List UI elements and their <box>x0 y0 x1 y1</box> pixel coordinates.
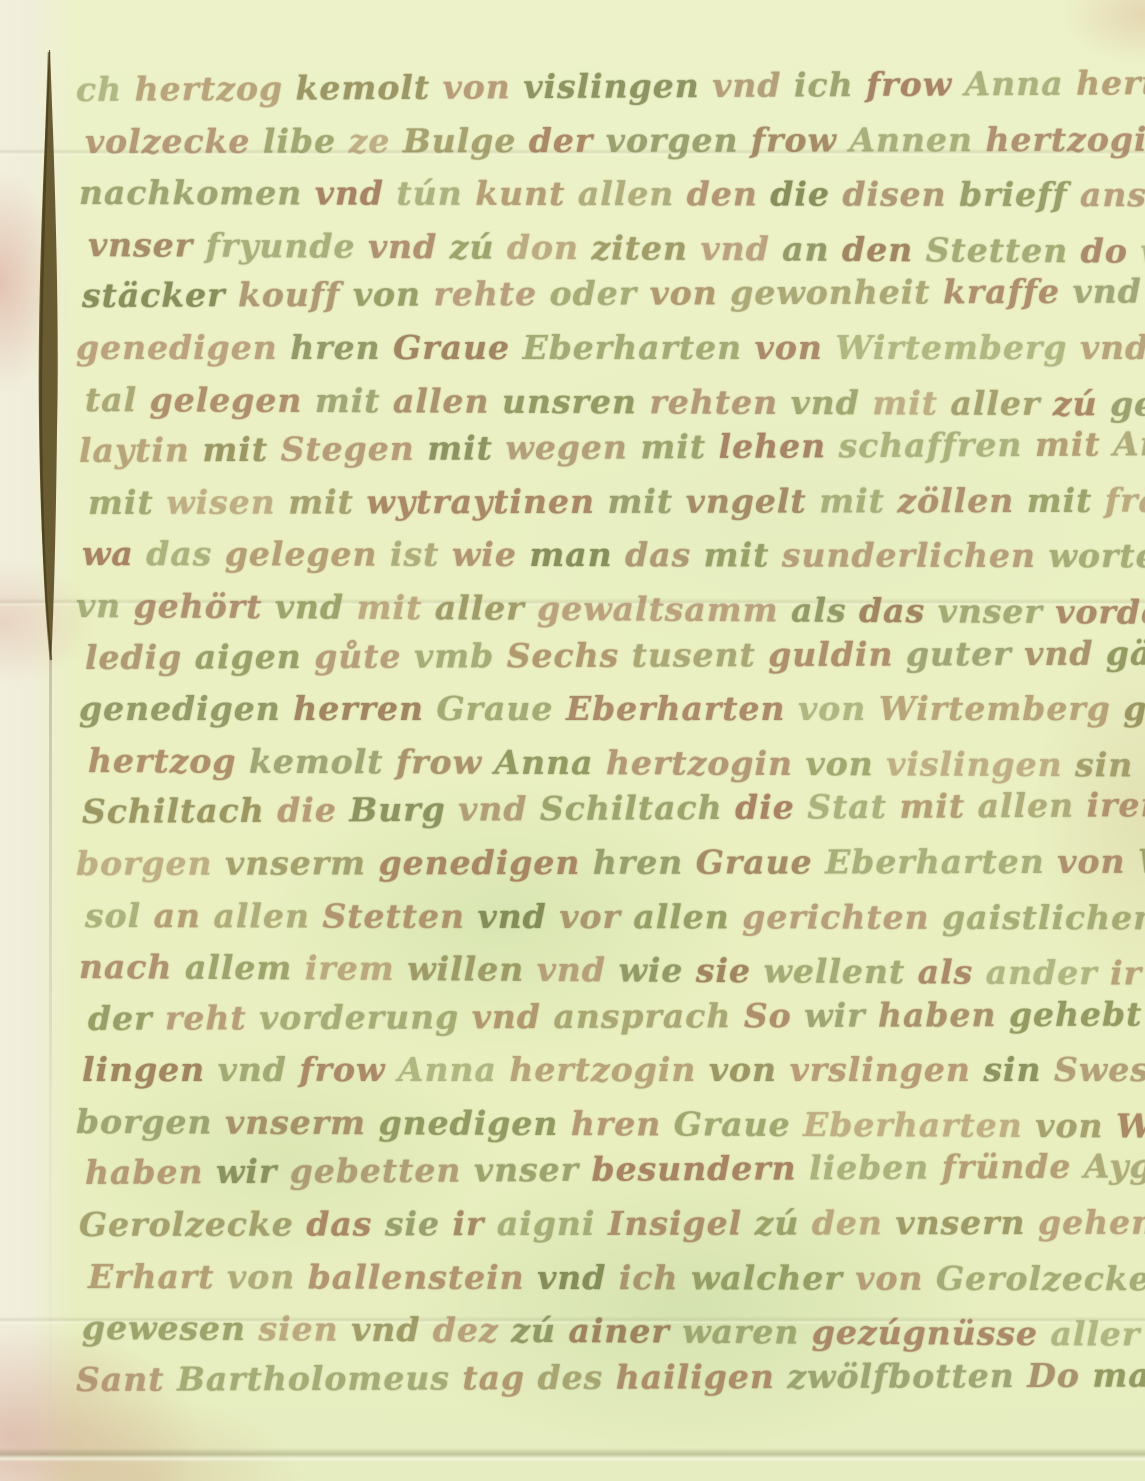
manuscript-word: vordern <box>1055 592 1145 632</box>
manuscript-word: zöllen <box>897 481 1014 520</box>
manuscript-word: gewonheit <box>730 273 930 313</box>
manuscript-word: haben <box>878 995 997 1034</box>
manuscript-word: guter <box>906 634 1012 673</box>
manuscript-word: Anna <box>964 64 1063 104</box>
manuscript-word: kouff <box>238 275 340 314</box>
manuscript-word: das <box>146 534 212 573</box>
manuscript-word: wellent <box>763 951 905 991</box>
manuscript-line: der reht vorderung vnd ansprach So wir h… <box>76 988 1145 1044</box>
manuscript-word: vnd <box>275 587 344 626</box>
manuscript-word: Stegen <box>280 429 414 469</box>
manuscript-word: Eberharten <box>803 1105 1023 1145</box>
manuscript-word: fryunde <box>206 226 356 266</box>
manuscript-word: hertzog <box>88 741 237 781</box>
manuscript-word: gnedigen <box>379 1103 559 1143</box>
manuscript-word: vnd <box>368 227 437 266</box>
manuscript-line: borgen vnserm genedigen hren Graue Eberh… <box>76 836 1145 890</box>
manuscript-word: lingen <box>82 1050 205 1089</box>
manuscript-word: ziten <box>591 228 688 268</box>
manuscript-word: mit <box>704 536 770 575</box>
manuscript-word: das <box>625 535 691 574</box>
manuscript-word: allen <box>977 786 1074 826</box>
manuscript-word: ballenstein <box>308 1257 525 1296</box>
manuscript-word: vislingen <box>886 744 1063 784</box>
manuscript-word: hertzogin <box>985 119 1145 158</box>
manuscript-word: vorgen <box>606 120 739 159</box>
manuscript-word: der <box>88 998 153 1037</box>
manuscript-word: mit <box>315 381 381 420</box>
manuscript-word: tusent <box>632 635 756 675</box>
manuscript-word: Graue <box>696 842 813 881</box>
manuscript-line: ledig aigen gůte vmb Sechs tusent guldin… <box>76 627 1145 683</box>
manuscript-word: vrslingen <box>790 1050 971 1089</box>
manuscript-word: aller <box>1050 1314 1140 1354</box>
manuscript-line: genedigen hren Graue Eberharten von Wirt… <box>76 322 1145 374</box>
manuscript-word: vnd <box>1080 328 1145 367</box>
manuscript-word: wa <box>82 534 134 573</box>
manuscript-word: den <box>687 174 758 213</box>
manuscript-word: Aygelwarten <box>1084 1146 1145 1186</box>
manuscript-word: mit <box>88 483 154 522</box>
manuscript-line: Gerolzecke das sie ir aigni Insigel zú d… <box>76 1197 1145 1251</box>
manuscript-word: gůte <box>314 636 401 675</box>
manuscript-word: vnd <box>712 66 781 105</box>
manuscript-word: mit <box>1035 425 1101 464</box>
manuscript-word: Insigel <box>608 1204 742 1243</box>
manuscript-word: walcher <box>691 1258 843 1297</box>
manuscript-word: mit <box>288 482 354 521</box>
manuscript-word: hren <box>290 328 380 367</box>
manuscript-word: frow <box>396 742 482 781</box>
manuscript-line: laytin mit Stegen mit wegen mit lehen sc… <box>76 418 1145 476</box>
manuscript-word: sien <box>258 1309 338 1349</box>
manuscript-word: von <box>442 67 510 106</box>
manuscript-word: haben <box>85 1153 204 1193</box>
manuscript-word: zú <box>755 1204 800 1243</box>
manuscript-word: die <box>277 791 337 830</box>
manuscript-word: fränckln <box>1105 480 1145 519</box>
manuscript-word: Eberharten <box>825 842 1045 881</box>
manuscript-word: guldin <box>768 634 893 674</box>
manuscript-word: nachkomen <box>79 173 302 212</box>
manuscript-line: wa das gelegen ist wie man das mit sunde… <box>76 528 1145 582</box>
manuscript-word: vnd <box>700 229 769 268</box>
manuscript-word: das <box>306 1204 372 1243</box>
manuscript-word: gebetten <box>290 1151 462 1191</box>
manuscript-word: ch <box>76 70 122 109</box>
manuscript-word: vor <box>559 897 621 936</box>
manuscript-word: ansenhent <box>1080 175 1145 214</box>
manuscript-word: vnd <box>790 383 859 422</box>
manuscript-word: gewert <box>1123 689 1145 728</box>
manuscript-word: wie <box>618 951 683 990</box>
manuscript-word: die <box>735 788 795 827</box>
manuscript-word: die <box>770 175 830 214</box>
manuscript-word: Bartholomeus <box>177 1358 450 1398</box>
manuscript-word: hertzogin <box>509 1050 696 1089</box>
vertical-crease <box>49 640 52 1460</box>
manuscript-word: waren <box>682 1312 799 1352</box>
manuscript-word: Sant <box>76 1359 165 1398</box>
manuscript-word: Graue <box>436 689 553 728</box>
manuscript-word: ander <box>986 953 1098 993</box>
manuscript-word: gäber <box>1106 633 1145 672</box>
manuscript-word: ich <box>794 65 854 104</box>
manuscript-word: sin <box>983 1050 1041 1089</box>
manuscript-word: der <box>529 121 594 160</box>
manuscript-word: sin <box>1075 745 1133 784</box>
manuscript-word: vnd <box>458 789 527 828</box>
manuscript-word: wegen <box>505 428 628 468</box>
manuscript-word: Swester <box>1054 1050 1145 1089</box>
manuscript-word: do <box>1081 231 1128 270</box>
manuscript-word: zú <box>511 1311 556 1350</box>
manuscript-word: vnd <box>472 997 541 1036</box>
manuscript-word: borgen <box>76 844 213 883</box>
manuscript-word: laytin <box>79 430 190 470</box>
manuscript-word: Bulge <box>403 121 517 160</box>
manuscript-word: vnsern <box>895 1203 1025 1242</box>
manuscript-word: genedigen <box>379 843 581 882</box>
manuscript-word: hertzogin <box>1076 63 1145 103</box>
manuscript-word: Sechs <box>507 635 620 674</box>
manuscript-word: vngelt <box>686 481 807 520</box>
manuscript-text: ch hertzog kemolt von vislingen vnd ich … <box>76 64 1145 1405</box>
manuscript-line: Erhart von ballenstein vnd ich walcher v… <box>76 1251 1145 1305</box>
manuscript-line: nachkomen vnd tún kunt allen den die dis… <box>76 167 1145 221</box>
manuscript-word: volzecke <box>85 121 251 160</box>
manuscript-word: den <box>812 1203 883 1242</box>
manuscript-word: vnser <box>88 225 193 265</box>
manuscript-word: oder <box>550 274 638 313</box>
manuscript-word: Wirtemberg <box>1138 841 1145 880</box>
manuscript-word: gehenckt <box>1038 1203 1145 1242</box>
manuscript-word: als <box>918 952 974 991</box>
manuscript-word: Stat <box>807 787 887 827</box>
manuscript-word: vislingen <box>523 66 700 106</box>
manuscript-word: hren <box>593 843 683 882</box>
manuscript-word: vorderung <box>259 997 459 1037</box>
manuscript-line: lingen vnd frow Anna hertzogin von vrsli… <box>76 1044 1145 1096</box>
manuscript-word: Wirtemberg <box>835 328 1067 367</box>
manuscript-word: vnserm <box>225 1102 366 1142</box>
manuscript-line: stäcker kouff von rehte oder von gewonhe… <box>76 266 1145 322</box>
manuscript-word: Graue <box>393 328 510 367</box>
manuscript-word: mit <box>872 383 938 422</box>
manuscript-word: frow <box>751 120 837 159</box>
manuscript-word: vnser <box>474 1150 579 1190</box>
manuscript-word: wie <box>452 535 517 574</box>
manuscript-word: von <box>353 275 421 314</box>
manuscript-word: irem <box>305 949 395 989</box>
manuscript-word: unsren <box>502 381 637 421</box>
manuscript-word: des <box>538 1358 604 1397</box>
manuscript-word: Anna <box>494 742 593 781</box>
manuscript-word: wir <box>216 1152 278 1191</box>
manuscript-word: vnd <box>477 896 546 935</box>
manuscript-word: rehten <box>649 382 778 422</box>
manuscript-word: Anna <box>398 1050 497 1089</box>
manuscript-word: vnd <box>1024 633 1093 672</box>
manuscript-word: ainer <box>568 1311 670 1351</box>
manuscript-word: hailigen <box>616 1357 775 1397</box>
manuscript-word: gelegen <box>225 535 378 574</box>
manuscript-word: disen <box>842 175 946 214</box>
manuscript-word: gewaltsamm <box>537 589 779 630</box>
manuscript-word: den <box>842 230 913 269</box>
manuscript-word: So <box>744 996 792 1035</box>
manuscript-word: mit <box>427 429 493 468</box>
manuscript-word: dez <box>433 1310 499 1349</box>
manuscript-word: gehört <box>134 586 263 626</box>
manuscript-word: frow <box>866 64 952 104</box>
manuscript-word: von <box>650 274 718 313</box>
manuscript-word: mit <box>356 588 422 627</box>
manuscript-word: wytraytinen <box>366 482 595 521</box>
manuscript-word: ze <box>349 121 391 160</box>
manuscript-line: haben wir gebetten vnser besundern liebe… <box>76 1141 1145 1199</box>
manuscript-word: libe <box>263 121 336 160</box>
manuscript-word: sol <box>85 896 141 935</box>
manuscript-word: kraffe <box>943 272 1060 311</box>
manuscript-word: man <box>1092 1355 1145 1394</box>
manuscript-line: mit wisen mit wytraytinen mit vngelt mit… <box>76 475 1145 529</box>
manuscript-word: von <box>805 744 873 783</box>
manuscript-word: gerichten <box>742 897 929 936</box>
manuscript-word: genedigen <box>76 328 278 367</box>
manuscript-word: zú <box>1053 384 1098 423</box>
manuscript-word: vnd <box>351 1310 420 1349</box>
manuscript-line: genedigen herren Graue Eberharten von Wi… <box>76 683 1145 735</box>
manuscript-word: zú <box>450 227 495 266</box>
manuscript-word: allen <box>578 174 675 213</box>
manuscript-word: Burg <box>349 790 446 830</box>
manuscript-line: Sant Bartholomeus tag des hailigen zwölf… <box>76 1349 1145 1405</box>
manuscript-word: vnd <box>218 1050 287 1089</box>
manuscript-word: von <box>855 1258 923 1297</box>
manuscript-word: ansprach <box>553 996 731 1036</box>
manuscript-word: das <box>859 591 925 630</box>
manuscript-word: Gerolzecke <box>936 1258 1145 1297</box>
manuscript-word: kemolt <box>249 741 384 781</box>
manuscript-word: stäcker <box>82 276 226 316</box>
manuscript-word: mit <box>899 787 965 826</box>
manuscript-word: gaistlichen <box>942 897 1145 936</box>
manuscript-word: von <box>798 689 866 728</box>
manuscript-word: lieben <box>809 1148 929 1188</box>
manuscript-word: ledig <box>85 637 182 676</box>
manuscript-word: kemolt <box>295 68 430 108</box>
manuscript-word: mit <box>640 427 706 466</box>
manuscript-word: Stetten <box>322 896 465 935</box>
manuscript-word: hren <box>571 1104 662 1143</box>
manuscript-word: vnd <box>315 174 384 213</box>
manuscript-line: volzecke libe ze Bulge der vorgen frow A… <box>76 113 1145 167</box>
manuscript-line: ch hertzog kemolt von vislingen vnd ich … <box>76 57 1145 115</box>
manuscript-word: genedigen <box>79 689 281 728</box>
manuscript-word: tún <box>396 174 462 213</box>
manuscript-line: Schiltach die Burg vnd Schiltach die Sta… <box>76 780 1145 838</box>
manuscript-word: man <box>529 535 612 574</box>
manuscript-word: besundern <box>591 1149 796 1189</box>
fold-crease-plica <box>0 1448 1145 1462</box>
manuscript-word: Schiltach <box>82 791 265 831</box>
manuscript-word: kunt <box>475 174 565 213</box>
manuscript-word: schaffren <box>838 425 1022 465</box>
manuscript-line: sol an allen Stetten vnd vor allen geric… <box>76 890 1145 944</box>
manuscript-word: borgen <box>76 1102 213 1142</box>
manuscript-word: reht <box>165 998 247 1037</box>
manuscript-word: von <box>227 1257 295 1296</box>
manuscript-word: brieff <box>959 175 1067 214</box>
manuscript-word: lehen <box>718 426 826 466</box>
manuscript-word: vnd <box>537 950 606 989</box>
manuscript-word: zwölfbotten <box>787 1356 1015 1396</box>
manuscript-word: wir <box>804 995 866 1034</box>
manuscript-word: Gerolzecke <box>79 1205 294 1244</box>
manuscript-word: Schiltach <box>540 788 723 828</box>
manuscript-word: Do <box>1027 1356 1080 1395</box>
manuscript-word: nach <box>79 947 173 987</box>
manuscript-word: vnserm <box>225 843 366 882</box>
manuscript-word: tag <box>462 1358 525 1397</box>
manuscript-word: hertzog <box>134 69 283 109</box>
manuscript-word: allen <box>633 897 730 936</box>
manuscript-word: allem <box>185 948 293 988</box>
manuscript-word: ir <box>1110 954 1142 993</box>
manuscript-word: herren <box>293 689 424 728</box>
manuscript-word: vnd <box>537 1258 606 1297</box>
manuscript-word: mit <box>202 430 268 469</box>
manuscript-word: rehte <box>433 274 537 313</box>
manuscript-word: mit <box>1027 481 1093 520</box>
manuscript-word: Annen <box>849 120 973 159</box>
manuscript-word: aller <box>950 383 1040 422</box>
manuscript-word: hertzogin <box>606 743 793 783</box>
manuscript-word: Stetten <box>926 230 1069 270</box>
manuscript-word: ir <box>452 1204 484 1243</box>
manuscript-word: mit <box>607 481 673 520</box>
manuscript-word: von <box>709 1050 777 1089</box>
manuscript-word: iren <box>1086 785 1145 824</box>
manuscript-word: Graue <box>674 1104 791 1143</box>
manuscript-page: ch hertzog kemolt von vislingen vnd ich … <box>0 0 1145 1481</box>
manuscript-word: Wirtemberg <box>879 689 1111 728</box>
manuscript-word: willen <box>407 949 524 989</box>
manuscript-word: sie <box>696 951 751 990</box>
manuscript-word: aigni <box>497 1204 596 1243</box>
manuscript-word: vnser <box>938 591 1043 631</box>
manuscript-word: von <box>1035 1106 1103 1145</box>
manuscript-word: aigen <box>195 637 302 676</box>
manuscript-word: mit <box>819 481 885 520</box>
manuscript-word: worten <box>1049 536 1145 575</box>
manuscript-word: sunderlichen <box>782 536 1036 576</box>
manuscript-word: Erhart <box>88 1257 215 1296</box>
manuscript-word: von <box>755 328 823 367</box>
manuscript-word: don <box>507 227 579 266</box>
manuscript-word: wisen <box>166 482 276 521</box>
manuscript-word: Amanschaffen <box>1113 423 1145 464</box>
manuscript-word: ich <box>619 1258 679 1297</box>
manuscript-word: gelegen <box>150 380 303 420</box>
manuscript-word: gewesen <box>82 1308 246 1348</box>
manuscript-word: gehebt <box>1009 994 1143 1034</box>
manuscript-word: tal <box>85 380 137 419</box>
manuscript-word: fründe <box>942 1147 1072 1187</box>
manuscript-word: an <box>154 896 201 935</box>
manuscript-word: vmb <box>414 636 494 675</box>
manuscript-word: vnd <box>1072 272 1141 311</box>
manuscript-word: gezúgnüsse <box>812 1313 1038 1353</box>
manuscript-word: ist <box>390 535 439 574</box>
manuscript-word: vn <box>76 586 121 625</box>
manuscript-word: allen <box>393 381 490 420</box>
manuscript-word: Eberharten <box>566 689 786 728</box>
manuscript-word: als <box>791 590 847 629</box>
manuscript-word: aller <box>435 588 525 628</box>
manuscript-word: von <box>1057 842 1125 881</box>
manuscript-word: frow <box>299 1050 385 1089</box>
manuscript-word: Eberharten <box>523 328 743 367</box>
manuscript-word: an <box>782 229 830 268</box>
manuscript-word: allen <box>213 896 310 935</box>
manuscript-word: sie <box>385 1204 440 1243</box>
